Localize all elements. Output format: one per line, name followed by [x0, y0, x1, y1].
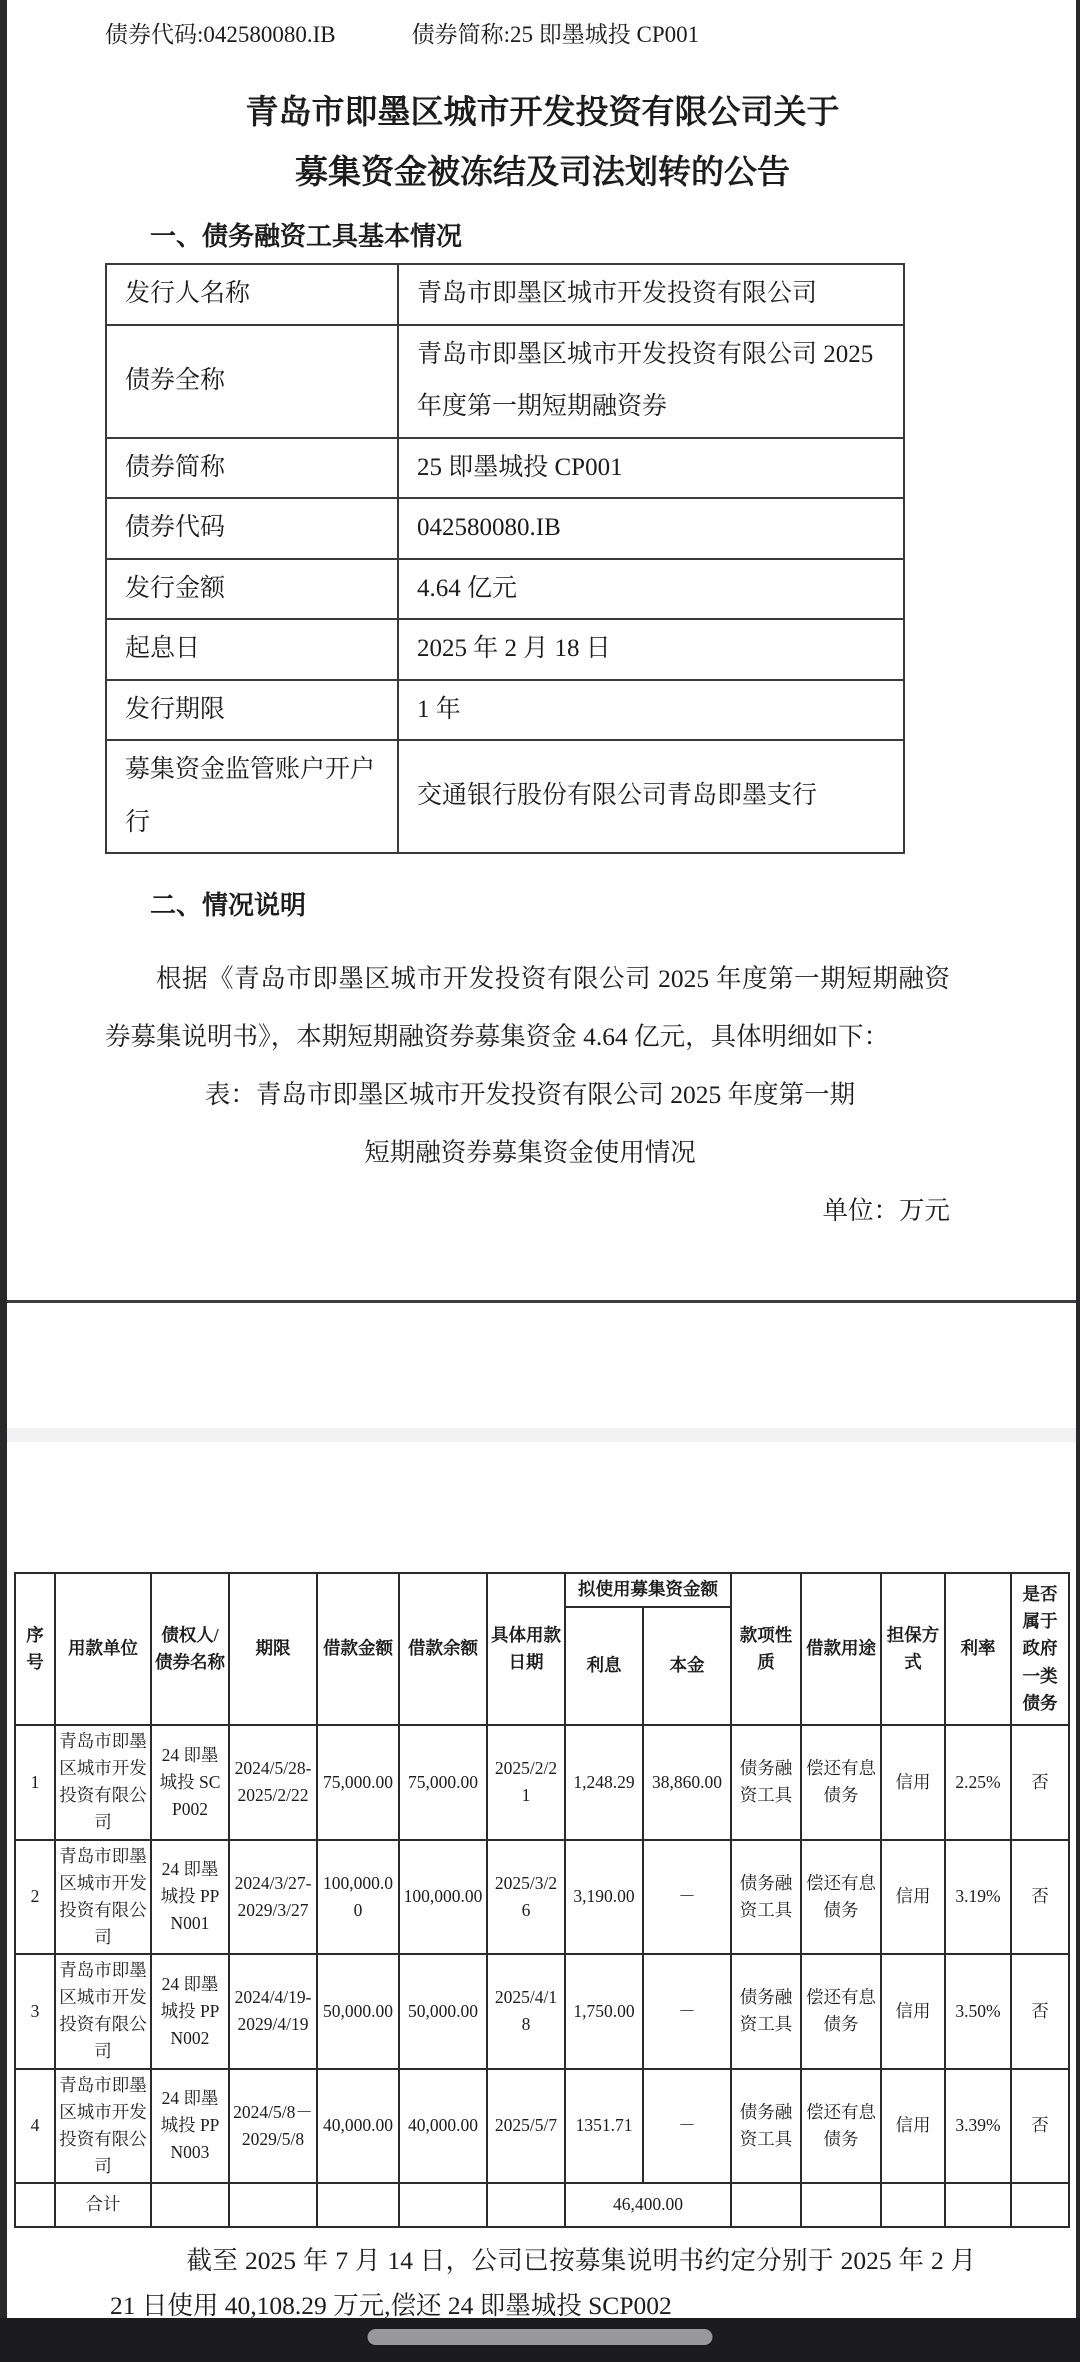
- col-header-planned-funds-group: 拟使用募集资金额: [565, 1573, 731, 1607]
- col-header-interest: 利息: [565, 1607, 643, 1725]
- cell-empty: [801, 2183, 881, 2227]
- cell-empty: [15, 2183, 55, 2227]
- cell-purpose: 偿还有息债务: [801, 1725, 881, 1840]
- cell-unit: 青岛市即墨区城市开发投资有限公司: [55, 2069, 151, 2184]
- col-header-period: 期限: [229, 1573, 317, 1725]
- col-header-gov-debt: 是否属于政府一类债务: [1011, 1573, 1069, 1725]
- col-header-rate: 利率: [945, 1573, 1011, 1725]
- info-label: 发行人名称: [106, 264, 398, 325]
- cell-nature: 债务融资工具: [731, 2069, 801, 2184]
- bond-abbr-label: 债券简称:25 即墨城投 CP001: [412, 16, 700, 49]
- cell-interest: 1,750.00: [565, 1954, 643, 2069]
- total-amount: 46,400.00: [565, 2183, 731, 2227]
- cell-empty: [881, 2183, 945, 2227]
- col-header-guarantee: 担保方式: [881, 1573, 945, 1725]
- cell-nature: 债务融资工具: [731, 1840, 801, 1955]
- cell-use-date: 2025/3/26: [487, 1840, 565, 1955]
- closing-paragraph: 截至 2025 年 7 月 14 日，公司已按募集说明书约定分别于 2025 年…: [14, 2238, 1066, 2328]
- col-header-balance: 借款余额: [399, 1573, 487, 1725]
- cell-gov-debt: 否: [1011, 1954, 1069, 2069]
- usage-table-caption-line2: 短期融资券募集资金使用情况: [140, 1124, 920, 1182]
- page-right-edge: [1076, 0, 1080, 2362]
- page-left-edge: [0, 0, 7, 2362]
- total-label: 合计: [55, 2183, 151, 2227]
- cell-rate: 3.19%: [945, 1840, 1011, 1955]
- cell-guarantee: 信用: [881, 2069, 945, 2184]
- cell-creditor: 24 即墨城投 PPN003: [151, 2069, 229, 2184]
- cell-no: 3: [15, 1954, 55, 2069]
- fund-usage-table: 序号 用款单位 债权人/债券名称 期限 借款金额 借款余额 具体用款日期 拟使用…: [14, 1572, 1070, 2228]
- table-row: 债券全称 青岛市即墨区城市开发投资有限公司 2025 年度第一期短期融资券: [106, 325, 904, 438]
- home-indicator[interactable]: [368, 2329, 713, 2345]
- usage-total-row: 合计 46,400.00: [15, 2183, 1069, 2227]
- info-value: 青岛市即墨区城市开发投资有限公司 2025 年度第一期短期融资券: [398, 325, 904, 438]
- cell-balance: 50,000.00: [399, 1954, 487, 2069]
- col-header-use-date: 具体用款日期: [487, 1573, 565, 1725]
- section2-paragraph: 根据《青岛市即墨区城市开发投资有限公司 2025 年度第一期短期融资券募集说明书…: [105, 950, 950, 1066]
- cell-principal: －: [643, 2069, 731, 2184]
- document-title-line1: 青岛市即墨区城市开发投资有限公司关于: [105, 83, 980, 143]
- cell-no: 2: [15, 1840, 55, 1955]
- info-label: 发行期限: [106, 680, 398, 741]
- info-value: 1 年: [398, 680, 904, 741]
- section2-heading: 二、情况说明: [150, 890, 980, 922]
- info-label: 发行金额: [106, 559, 398, 620]
- cell-balance: 100,000.00: [399, 1840, 487, 1955]
- cell-amount: 75,000.00: [317, 1725, 399, 1840]
- page-separator-band: [0, 1428, 1080, 1442]
- cell-nature: 债务融资工具: [731, 1954, 801, 2069]
- cell-balance: 75,000.00: [399, 1725, 487, 1840]
- cell-gov-debt: 否: [1011, 1725, 1069, 1840]
- table-row: 债券代码 042580080.IB: [106, 498, 904, 559]
- cell-interest: 1351.71: [565, 2069, 643, 2184]
- table-row: 起息日 2025 年 2 月 18 日: [106, 619, 904, 680]
- usage-row-3: 3 青岛市即墨区城市开发投资有限公司 24 即墨城投 PPN002 2024/4…: [15, 1954, 1069, 2069]
- table-row: 债券简称 25 即墨城投 CP001: [106, 438, 904, 499]
- document-title-line2: 募集资金被冻结及司法划转的公告: [105, 143, 980, 203]
- col-header-amount: 借款金额: [317, 1573, 399, 1725]
- cell-rate: 2.25%: [945, 1725, 1011, 1840]
- cell-principal: 38,860.00: [643, 1725, 731, 1840]
- info-value: 4.64 亿元: [398, 559, 904, 620]
- cell-unit: 青岛市即墨区城市开发投资有限公司: [55, 1954, 151, 2069]
- info-value: 25 即墨城投 CP001: [398, 438, 904, 499]
- cell-amount: 40,000.00: [317, 2069, 399, 2184]
- col-header-purpose: 借款用途: [801, 1573, 881, 1725]
- info-label: 债券全称: [106, 325, 398, 438]
- cell-principal: －: [643, 1954, 731, 2069]
- col-header-nature: 款项性质: [731, 1573, 801, 1725]
- basic-info-table: 发行人名称 青岛市即墨区城市开发投资有限公司 债券全称 青岛市即墨区城市开发投资…: [105, 263, 905, 854]
- usage-row-4: 4 青岛市即墨区城市开发投资有限公司 24 即墨城投 PPN003 2024/5…: [15, 2069, 1069, 2184]
- cell-period: 2024/5/8－2029/5/8: [229, 2069, 317, 2184]
- cell-guarantee: 信用: [881, 1725, 945, 1840]
- cell-period: 2024/5/28-2025/2/22: [229, 1725, 317, 1840]
- section1-heading: 一、债务融资工具基本情况: [150, 221, 980, 253]
- col-header-unit: 用款单位: [55, 1573, 151, 1725]
- unit-note: 单位：万元: [105, 1182, 950, 1240]
- system-navigation-bar: [0, 2318, 1080, 2362]
- table-row: 募集资金监管账户开户行 交通银行股份有限公司青岛即墨支行: [106, 740, 904, 853]
- cell-rate: 3.39%: [945, 2069, 1011, 2184]
- cell-empty: [229, 2183, 317, 2227]
- cell-interest: 3,190.00: [565, 1840, 643, 1955]
- page-separator-line: [0, 1300, 1080, 1303]
- cell-guarantee: 信用: [881, 1954, 945, 2069]
- usage-row-2: 2 青岛市即墨区城市开发投资有限公司 24 即墨城投 PPN001 2024/3…: [15, 1840, 1069, 1955]
- cell-no: 1: [15, 1725, 55, 1840]
- cell-purpose: 偿还有息债务: [801, 2069, 881, 2184]
- document-page-1: 债券代码:042580080.IB 债券简称:25 即墨城投 CP001 青岛市…: [0, 0, 1080, 1240]
- cell-empty: [399, 2183, 487, 2227]
- cell-amount: 50,000.00: [317, 1954, 399, 2069]
- cell-balance: 40,000.00: [399, 2069, 487, 2184]
- cell-period: 2024/4/19-2029/4/19: [229, 1954, 317, 2069]
- info-label: 债券简称: [106, 438, 398, 499]
- table-row: 发行人名称 青岛市即墨区城市开发投资有限公司: [106, 264, 904, 325]
- info-value: 2025 年 2 月 18 日: [398, 619, 904, 680]
- usage-table-caption-line1: 表：青岛市即墨区城市开发投资有限公司 2025 年度第一期: [140, 1066, 920, 1124]
- cell-creditor: 24 即墨城投 PPN002: [151, 1954, 229, 2069]
- info-label: 起息日: [106, 619, 398, 680]
- cell-use-date: 2025/5/7: [487, 2069, 565, 2184]
- cell-unit: 青岛市即墨区城市开发投资有限公司: [55, 1840, 151, 1955]
- cell-principal: －: [643, 1840, 731, 1955]
- cell-gov-debt: 否: [1011, 1840, 1069, 1955]
- cell-purpose: 偿还有息债务: [801, 1840, 881, 1955]
- info-value: 042580080.IB: [398, 498, 904, 559]
- col-header-no: 序号: [15, 1573, 55, 1725]
- doc-header: 债券代码:042580080.IB 债券简称:25 即墨城投 CP001: [105, 16, 980, 49]
- info-value: 交通银行股份有限公司青岛即墨支行: [398, 740, 904, 853]
- cell-empty: [1011, 2183, 1069, 2227]
- cell-creditor: 24 即墨城投 PPN001: [151, 1840, 229, 1955]
- cell-empty: [317, 2183, 399, 2227]
- info-label: 募集资金监管账户开户行: [106, 740, 398, 853]
- cell-amount: 100,000.00: [317, 1840, 399, 1955]
- cell-gov-debt: 否: [1011, 2069, 1069, 2184]
- cell-rate: 3.50%: [945, 1954, 1011, 2069]
- bond-code-label: 债券代码:042580080.IB: [105, 16, 336, 49]
- cell-no: 4: [15, 2069, 55, 2184]
- cell-use-date: 2025/4/18: [487, 1954, 565, 2069]
- cell-purpose: 偿还有息债务: [801, 1954, 881, 2069]
- col-header-creditor: 债权人/债券名称: [151, 1573, 229, 1725]
- info-label: 债券代码: [106, 498, 398, 559]
- cell-guarantee: 信用: [881, 1840, 945, 1955]
- table-row: 发行金额 4.64 亿元: [106, 559, 904, 620]
- document-page-2: 序号 用款单位 债权人/债券名称 期限 借款金额 借款余额 具体用款日期 拟使用…: [14, 1572, 1066, 2328]
- table-row: 发行期限 1 年: [106, 680, 904, 741]
- closing-line1: 截至 2025 年 7 月 14 日，公司已按募集说明书约定分别于: [187, 2246, 834, 2275]
- cell-use-date: 2025/2/21: [487, 1725, 565, 1840]
- cell-period: 2024/3/27-2029/3/27: [229, 1840, 317, 1955]
- cell-interest: 1,248.29: [565, 1725, 643, 1840]
- cell-empty: [487, 2183, 565, 2227]
- cell-creditor: 24 即墨城投 SCP002: [151, 1725, 229, 1840]
- cell-empty: [151, 2183, 229, 2227]
- document-title: 青岛市即墨区城市开发投资有限公司关于 募集资金被冻结及司法划转的公告: [105, 83, 980, 203]
- usage-header-row-1: 序号 用款单位 债权人/债券名称 期限 借款金额 借款余额 具体用款日期 拟使用…: [15, 1573, 1069, 1607]
- cell-empty: [731, 2183, 801, 2227]
- info-value: 青岛市即墨区城市开发投资有限公司: [398, 264, 904, 325]
- cell-unit: 青岛市即墨区城市开发投资有限公司: [55, 1725, 151, 1840]
- cell-nature: 债务融资工具: [731, 1725, 801, 1840]
- usage-row-1: 1 青岛市即墨区城市开发投资有限公司 24 即墨城投 SCP002 2024/5…: [15, 1725, 1069, 1840]
- cell-empty: [945, 2183, 1011, 2227]
- col-header-principal: 本金: [643, 1607, 731, 1725]
